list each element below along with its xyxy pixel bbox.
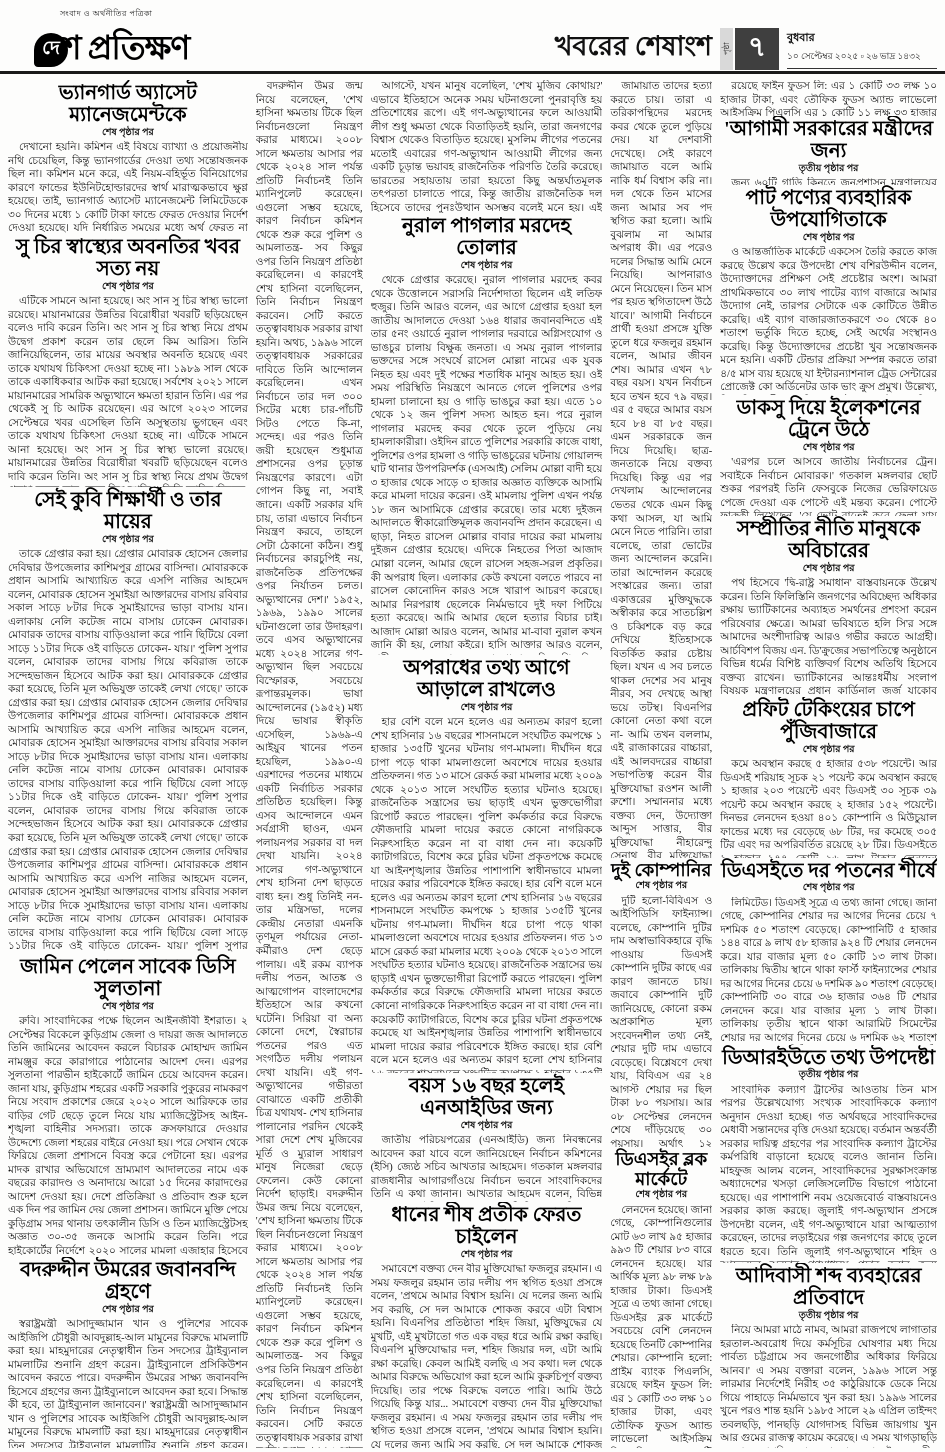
article: পাট পণ্যের ব্যবহারিক উপযোগিতাকে শেষ পৃষ্… bbox=[720, 185, 937, 395]
continuation-label: তৃতীয় পৃষ্ঠার পর bbox=[720, 1069, 937, 1083]
continuation-label: শেষ পৃষ্ঠার পর bbox=[371, 702, 603, 716]
masthead: সংবাদ ও অর্থনীতির পত্রিকা দে শ প্রতিক্ষণ bbox=[34, 8, 189, 78]
article-headline: সম্প্রীতির নীতি মানুষকে অবিচারের bbox=[720, 516, 937, 563]
article-headline: প্রফিট টেকিংয়ের চাপে পুঁজিবাজারে bbox=[720, 697, 937, 744]
continuation-label: শেষ পৃষ্ঠার পর bbox=[8, 127, 248, 141]
article-headline: বদরুদ্দীন উমরের জবানবন্দি গ্রহণে bbox=[8, 1257, 248, 1304]
article-continuation: বদরুদ্দীন উমর জন্ম নিয়ে বলেছেন, 'শেখ হা… bbox=[256, 80, 363, 1448]
continuation-label: শেষ পৃষ্ঠার পর bbox=[720, 442, 937, 456]
continuation-label: শেষ পৃষ্ঠার পর bbox=[371, 260, 603, 274]
article: বদরুদ্দীন উমরের জবানবন্দি গ্রহণে শেষ পৃষ… bbox=[8, 1257, 248, 1448]
article-body: আগস্টে, যখন মানুষ বলেছিল, 'শেখ মুজিব কোথ… bbox=[371, 80, 603, 213]
continuation-label: তৃতীয় পৃষ্ঠার পর bbox=[720, 163, 937, 177]
article: অপরাধের তথ্য আগে আড়ালে রাখলেও শেষ পৃষ্ঠ… bbox=[371, 655, 603, 1073]
continuation-label: শেষ পৃষ্ঠার পর bbox=[8, 281, 248, 295]
article-body: লেনদেন হয়েছে। জানা গেছে, কোম্পানিগুলোর … bbox=[610, 1204, 712, 1448]
article: দুই কোম্পানির শেষ পৃষ্ঠার পর দুটি হলো-বি… bbox=[610, 858, 712, 1147]
column-strip-1: ভ্যানগার্ড অ্যাসেট ম্যানেজমেন্টকে শেষ পৃ… bbox=[8, 80, 248, 1448]
article-body: জামায়াত তাদের হত্যা করতে চায়। তারা এ ত… bbox=[610, 80, 712, 858]
column-strip-4: জামায়াত তাদের হত্যা করতে চায়। তারা এ ত… bbox=[610, 80, 712, 1448]
masthead-tagline: সংবাদ ও অর্থনীতির পত্রিকা bbox=[60, 8, 189, 21]
article: সু চির স্বাস্থ্যের অবনতির খবর সত্য নয় শ… bbox=[8, 234, 248, 487]
article-body: সাংবাদিক কল্যাণ ট্রাস্টের আওতায় তিন মাস… bbox=[720, 1084, 937, 1263]
section-title: খবরের শেষাংশ bbox=[555, 26, 712, 71]
article-headline: জামিন পেলেন সাবেক ডিসি সুলতানা bbox=[8, 954, 248, 1001]
article-headline: ডিএসইতে দর পতনের শীর্ষে bbox=[720, 858, 937, 882]
article-body: তাকে গ্রেপ্তার করা হয়। গ্রেপ্তার মোবারক… bbox=[8, 548, 248, 954]
continuation-label: শেষ পৃষ্ঠার পর bbox=[610, 1189, 712, 1203]
continuation-label: শেষ পৃষ্ঠার পর bbox=[720, 232, 937, 246]
article: সেই কুবি শিক্ষার্থী ও তার মায়ের শেষ পৃষ… bbox=[8, 487, 248, 954]
article-body: নিয়ে আমরা মাঠে নামব, আমরা রাজপথে লাগাতা… bbox=[720, 1324, 937, 1448]
article-body: ও আন্তর্জাতিক মার্কেটে একসেস তৈরি করতে ক… bbox=[720, 246, 937, 395]
article-body: সমাবেশে বক্তব্য দেন বীর মুক্তিযোদ্ধা ফজল… bbox=[371, 1263, 603, 1448]
article-headline: সেই কুবি শিক্ষার্থী ও তার মায়ের bbox=[8, 487, 248, 534]
article-headline: ডিএসইর ব্লক মার্কেটে bbox=[610, 1147, 712, 1189]
article-headline: 'আগামী সরকারের মন্ত্রীদের জন্য bbox=[720, 116, 937, 163]
article: ডাকসু দিয়ে ইলেকশনের ট্রেনে উঠে শেষ পৃষ্… bbox=[720, 395, 937, 516]
continuation-label: শেষ পৃষ্ঠার পর bbox=[720, 563, 937, 577]
page-number: ৭ bbox=[735, 28, 779, 70]
article-body: হার বেশি বলে মনে হলেও এর অন্যতম কারণ হলো… bbox=[371, 716, 603, 1073]
weekday: বুধবার bbox=[787, 29, 937, 48]
continuation-label: শেষ পৃষ্ঠার পর bbox=[371, 1249, 603, 1263]
article: ডিএসইতে দর পতনের শীর্ষে শেষ পৃষ্ঠার পর ল… bbox=[720, 858, 937, 1045]
article: 'আগামী সরকারের মন্ত্রীদের জন্য তৃতীয় পৃ… bbox=[720, 116, 937, 185]
article-continuation: আগস্টে, যখন মানুষ বলেছিল, 'শেখ মুজিব কোথ… bbox=[371, 80, 603, 213]
continuation-label: শেষ পৃষ্ঠার পর bbox=[720, 882, 937, 896]
article: ভ্যানগার্ড অ্যাসেট ম্যানেজমেন্টকে শেষ পৃ… bbox=[8, 80, 248, 234]
article-headline: বয়স ১৬ বছর হলেই এনআইডির জন্য bbox=[371, 1073, 603, 1120]
column-strip-2: বদরুদ্দীন উমর জন্ম নিয়ে বলেছেন, 'শেখ হা… bbox=[256, 80, 363, 1448]
article-headline: সু চির স্বাস্থ্যের অবনতির খবর সত্য নয় bbox=[8, 234, 248, 281]
article: সম্প্রীতির নীতি মানুষকে অবিচারের শেষ পৃষ… bbox=[720, 516, 937, 697]
article-headline: ধানের শীষ প্রতীক ফেরত চাইলেন bbox=[371, 1202, 603, 1249]
article: আদিবাসী শব্দ ব্যবহারের প্রতিবাদে তৃতীয় … bbox=[720, 1263, 937, 1448]
article: ধানের শীষ প্রতীক ফেরত চাইলেন শেষ পৃষ্ঠার… bbox=[371, 1202, 603, 1448]
article-headline: পাট পণ্যের ব্যবহারিক উপযোগিতাকে bbox=[720, 185, 937, 232]
article-body: দেখানো হয়নি। কমিশন এই বিষয়ে ব্যাখ্যা ও… bbox=[8, 141, 248, 234]
article-body: জন্য ৬০টি গাড়ি কিনতে জনপ্রশাসন মন্ত্রণা… bbox=[720, 177, 937, 185]
article: নুরাল পাগলার মরদেহ তোলার শেষ পৃষ্ঠার পর … bbox=[371, 213, 603, 655]
article-headline: ভ্যানগার্ড অ্যাসেট ম্যানেজমেন্টকে bbox=[8, 80, 248, 127]
continuation-label: তৃতীয় পৃষ্ঠার পর bbox=[720, 1310, 937, 1324]
continuation-label: শেষ পৃষ্ঠার পর bbox=[371, 1120, 603, 1134]
continuation-label: শেষ পৃষ্ঠার পর bbox=[8, 1304, 248, 1318]
article: বয়স ১৬ বছর হলেই এনআইডির জন্য শেষ পৃষ্ঠা… bbox=[371, 1073, 603, 1202]
continuation-label: শেষ পৃষ্ঠার পর bbox=[8, 1001, 248, 1015]
logo-text: শ প্রতিক্ষণ bbox=[62, 22, 189, 78]
article-body: লিমিটেড। ডিএসই সূত্রে এ তথ্য জানা গেছে। … bbox=[720, 897, 937, 1045]
article-body: দুটি হলো-বিবিএস ও আইপিডিসি ফাইন্যান্স। ব… bbox=[610, 895, 712, 1147]
article-body: 'এরপর চলে আসবে জাতীয় নির্বাচনের ট্রেন। … bbox=[720, 456, 937, 516]
article-continuation: রয়েছে ফাইন ফুডস লি: এর ১ কোটি ৩৩ লক্ষ ১… bbox=[720, 80, 937, 116]
column-strip-3: আগস্টে, যখন মানুষ বলেছিল, 'শেখ মুজিব কোথ… bbox=[371, 80, 603, 1448]
newspaper-logo: দে শ প্রতিক্ষণ bbox=[34, 22, 189, 78]
article: ডিএসইর ব্লক মার্কেটে শেষ পৃষ্ঠার পর লেনদ… bbox=[610, 1147, 712, 1448]
article-headline: অপরাধের তথ্য আগে আড়ালে রাখলেও bbox=[371, 655, 603, 702]
date-block: বুধবার ১০ সেপ্টেম্বর ২০২৫ ▫ ২৬ ভাদ্র ১৪৩… bbox=[787, 29, 937, 69]
page-columns: ভ্যানগার্ড অ্যাসেট ম্যানেজমেন্টকে শেষ পৃ… bbox=[8, 80, 937, 1448]
article-continuation: জামায়াত তাদের হত্যা করতে চায়। তারা এ ত… bbox=[610, 80, 712, 858]
article-body: বদরুদ্দীন উমর জন্ম নিয়ে বলেছেন, 'শেখ হা… bbox=[256, 80, 363, 1448]
continuation-label: শেষ পৃষ্ঠার পর bbox=[720, 744, 937, 758]
article-body: জাতীয় পরিচয়পত্রের (এনআইডি) জন্য নিবন্ধ… bbox=[371, 1134, 603, 1202]
page-label: পৃষ্ঠা bbox=[720, 28, 733, 70]
continuation-label: শেষ পৃষ্ঠার পর bbox=[610, 880, 712, 894]
article-body: স্বরাষ্ট্রমন্ত্রী আসাদুজ্জামান খান ও পুল… bbox=[8, 1318, 248, 1448]
newspaper-page: সংবাদ ও অর্থনীতির পত্রিকা দে শ প্রতিক্ষণ… bbox=[0, 0, 945, 1452]
date-line: ১০ সেপ্টেম্বর ২০২৫ ▫ ২৬ ভাদ্র ১৪৩২ bbox=[787, 49, 937, 64]
header-right: খবরের শেষাংশ পৃষ্ঠা ৭ বুধবার ১০ সেপ্টেম্… bbox=[555, 26, 937, 71]
article: প্রফিট টেকিংয়ের চাপে পুঁজিবাজারে শেষ পৃ… bbox=[720, 697, 937, 858]
article-headline: আদিবাসী শব্দ ব্যবহারের প্রতিবাদে bbox=[720, 1263, 937, 1310]
article-body: থেকে গ্রেপ্তার করেছে। নুরাল পাগলার মরদেহ… bbox=[371, 274, 603, 655]
continuation-label: শেষ পৃষ্ঠার পর bbox=[8, 534, 248, 548]
article-body: রুবি। সাংবাদিকের পক্ষে ছিলেন আইনজীবী ইশর… bbox=[8, 1015, 248, 1257]
masthead-bar: সংবাদ ও অর্থনীতির পত্রিকা দে শ প্রতিক্ষণ… bbox=[0, 0, 945, 74]
column-strip-5: রয়েছে ফাইন ফুডস লি: এর ১ কোটি ৩৩ লক্ষ ১… bbox=[720, 80, 937, 1448]
article-body: এটিকে সামনে আনা হয়েছে। অং সান সু চির স্… bbox=[8, 295, 248, 487]
article-body: পথ হিসেবে 'দ্বি-রাষ্ট্র সমাধান' বাস্তবায… bbox=[720, 577, 937, 697]
article: ডিআরইউতে তথ্য উপদেষ্টা তৃতীয় পৃষ্ঠার পর… bbox=[720, 1045, 937, 1263]
article-body: কমে অবস্থান করছে ৫ হাজার ৫৩৮ পয়েন্টে। আ… bbox=[720, 758, 937, 858]
article: জামিন পেলেন সাবেক ডিসি সুলতানা শেষ পৃষ্ঠ… bbox=[8, 954, 248, 1257]
article-headline: ডাকসু দিয়ে ইলেকশনের ট্রেনে উঠে bbox=[720, 395, 937, 442]
article-headline: ডিআরইউতে তথ্য উপদেষ্টা bbox=[720, 1045, 937, 1069]
article-headline: নুরাল পাগলার মরদেহ তোলার bbox=[371, 213, 603, 260]
article-headline: দুই কোম্পানির bbox=[610, 858, 712, 880]
article-body: রয়েছে ফাইন ফুডস লি: এর ১ কোটি ৩৩ লক্ষ ১… bbox=[720, 80, 937, 116]
